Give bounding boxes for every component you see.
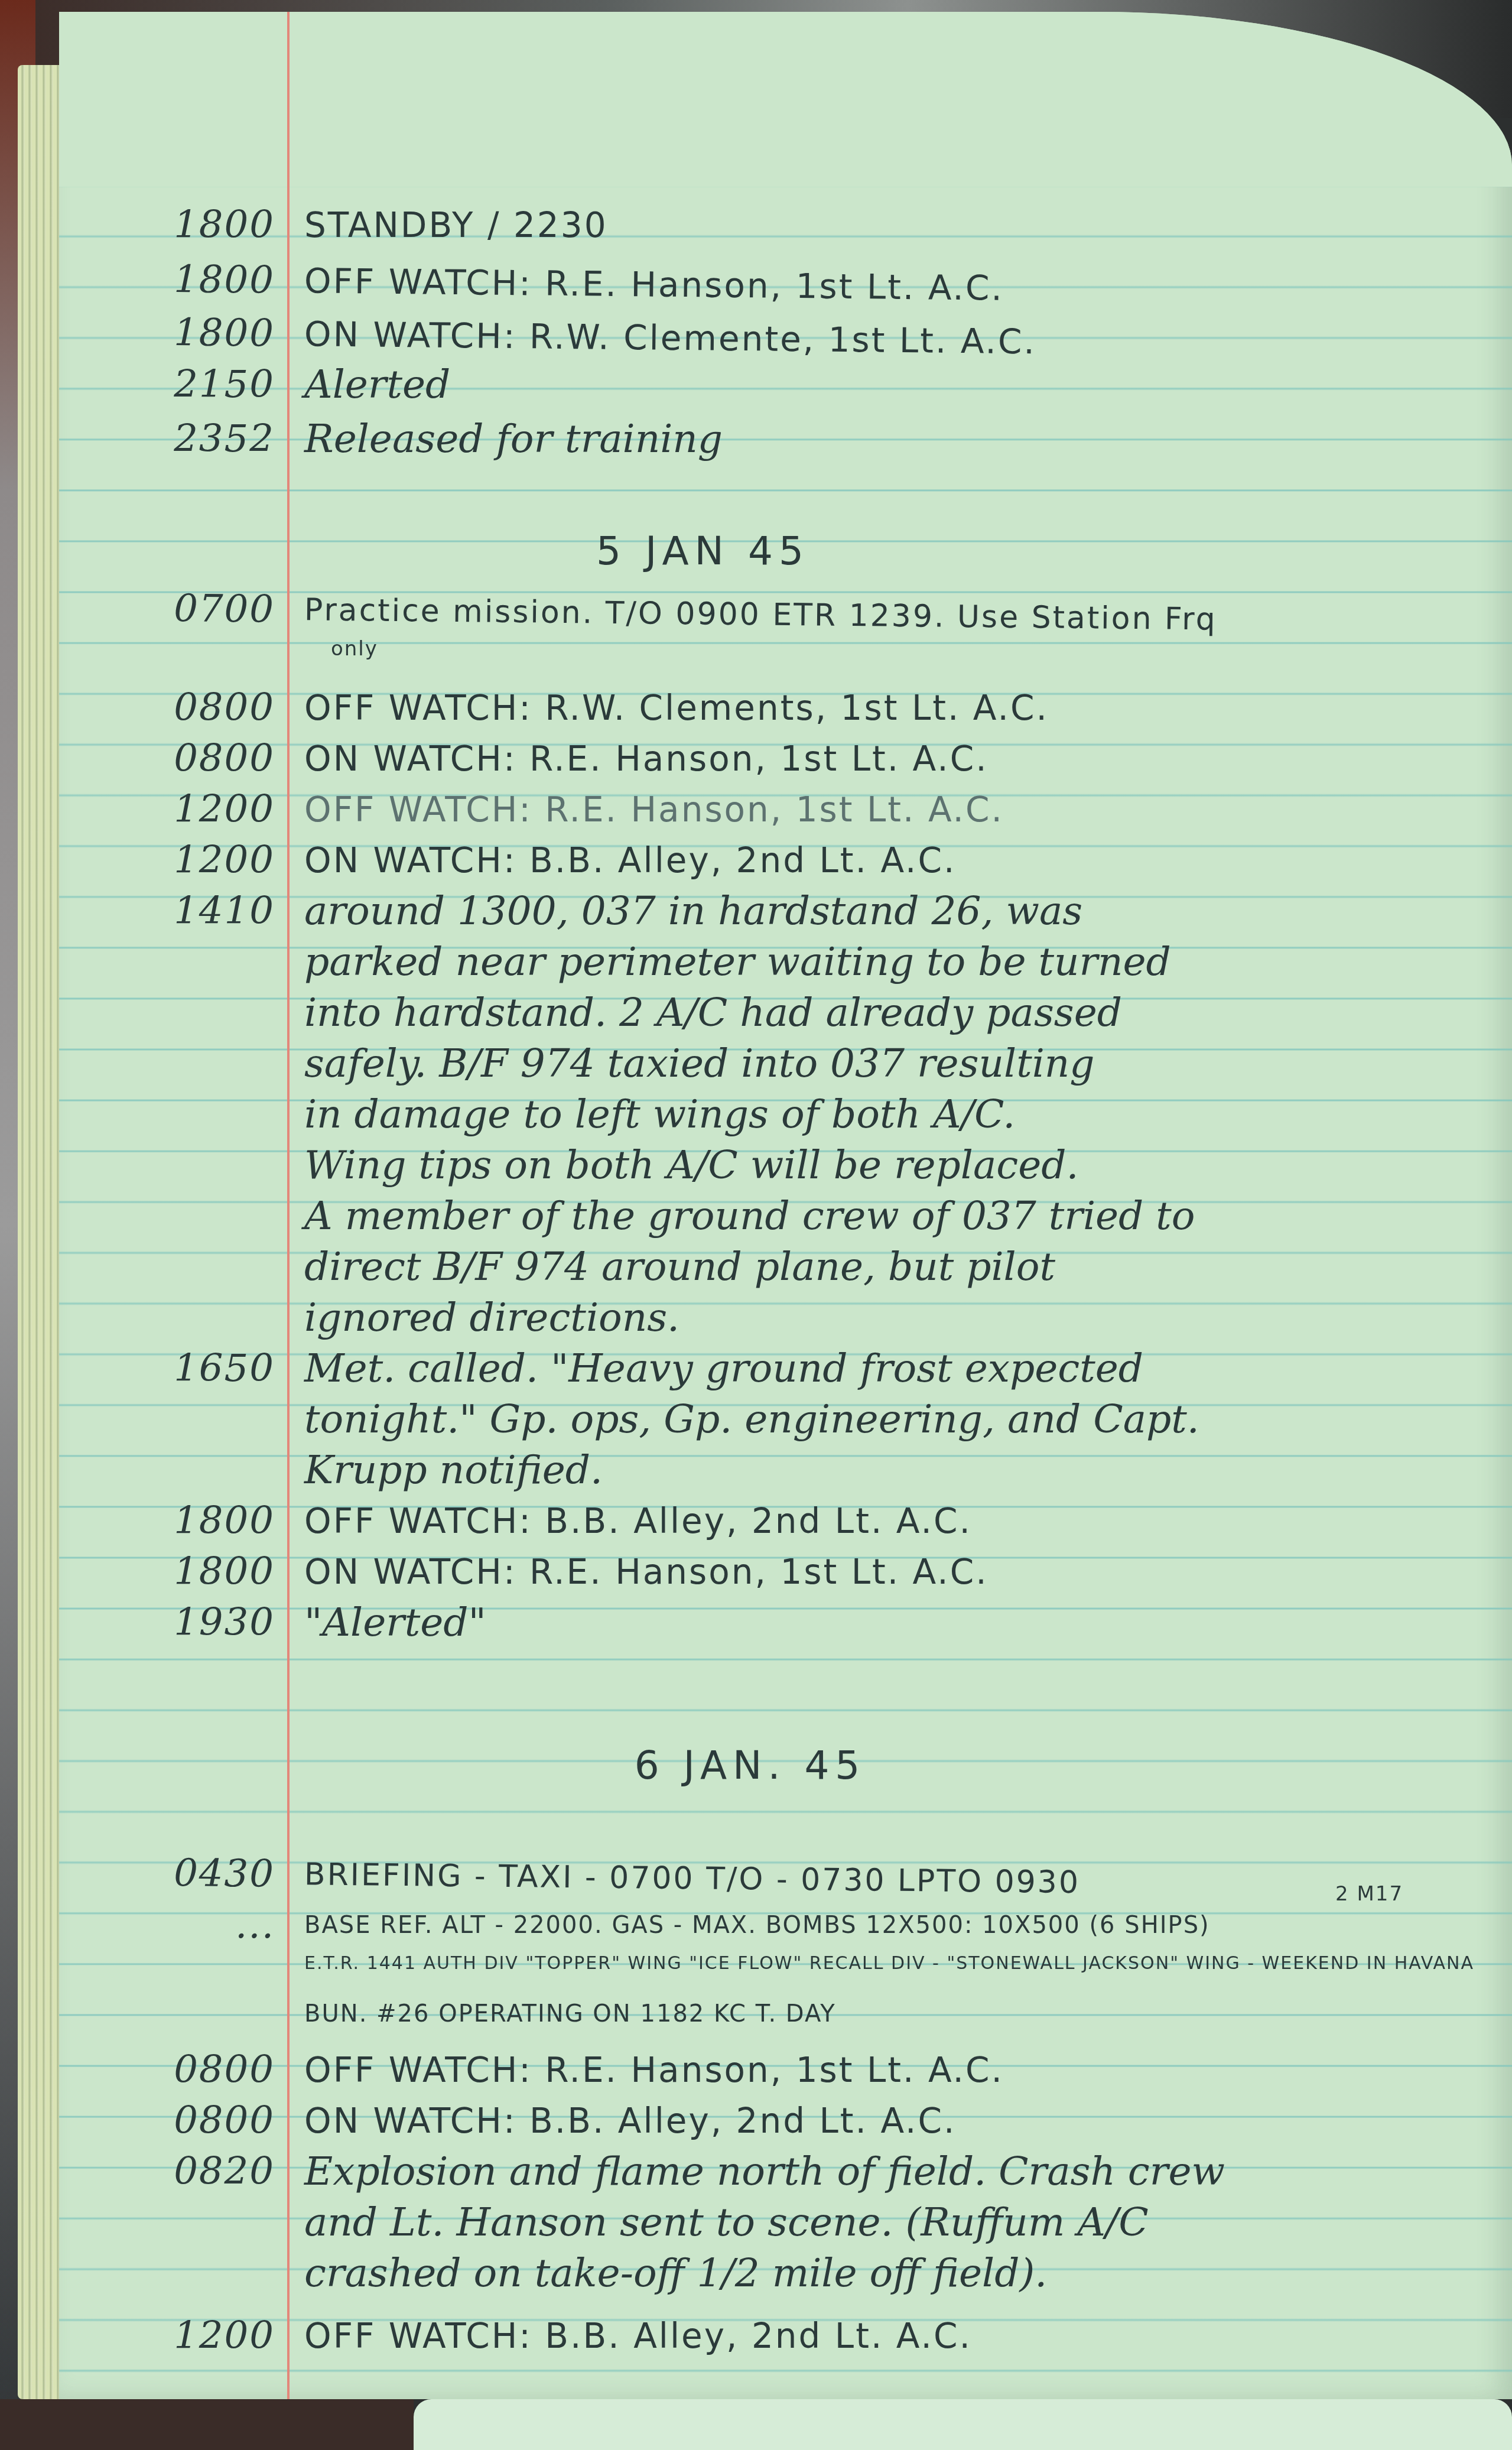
entry-time: 0700 [127,583,275,635]
background-bottom [0,2399,414,2450]
entry-text: Released for training [304,414,1488,464]
entry-text: safely. B/F 974 taxied into 037 resultin… [304,1038,1488,1089]
entry-text: STANDBY / 2230 [304,200,1488,251]
entry-text: tonight." Gp. ops, Gp. engineering, and … [304,1394,1488,1445]
entry-time: 0800 [127,733,275,784]
log-entry: 0800 ON WATCH: B.B. Alley, 2nd Lt. A.C. [59,2095,1512,2146]
entry-text: ON WATCH: B.B. Alley, 2nd Lt. A.C. [304,835,1488,886]
entry-note: only [331,637,378,661]
log-entry: 1200 OFF WATCH: B.B. Alley, 2nd Lt. A.C. [59,2311,1512,2361]
entry-time: 0430 [127,1847,275,1900]
entry-text: Explosion and flame north of field. Cras… [304,2146,1488,2197]
entry-text: into hardstand. 2 A/C had already passed [304,987,1488,1038]
entry-text: OFF WATCH: R.E. Hanson, 1st Lt. A.C. [304,2045,1488,2095]
entry-text: ON WATCH: B.B. Alley, 2nd Lt. A.C. [304,2095,1488,2146]
entry-time: 1800 [127,1546,275,1597]
log-entry: 1410 around 1300, 037 in hardstand 26, w… [59,886,1512,937]
log-entry: 2150 Alerted [59,359,1512,410]
entry-time: 1800 [127,307,275,359]
entry-time: 1930 [127,1597,275,1648]
log-entry: 1650 Met. called. "Heavy ground frost ex… [59,1343,1512,1394]
entry-time: 1800 [127,1496,275,1546]
log-entry: 0800 ON WATCH: R.E. Hanson, 1st Lt. A.C. [59,733,1512,784]
entry-text: Wing tips on both A/C will be replaced. [304,1140,1488,1191]
entry-text: OFF WATCH: B.B. Alley, 2nd Lt. A.C. [304,1496,1488,1546]
entry-time: 2352 [127,414,275,464]
entry-time: 1650 [127,1343,275,1394]
log-entry: 2352 Released for training [59,414,1512,464]
entry-text: ON WATCH: R.E. Hanson, 1st Lt. A.C. [304,1546,1488,1597]
entry-text: OFF WATCH: R.E. Hanson, 1st Lt. A.C. [304,784,1488,835]
entry-text: BUN. #26 OPERATING ON 1182 KC T. DAY [304,1988,1488,2039]
entry-time: 1200 [127,784,275,835]
entry-time: 0820 [127,2146,275,2197]
log-entry: 1800 OFF WATCH: B.B. Alley, 2nd Lt. A.C. [59,1496,1512,1546]
log-entry: 1800 ON WATCH: R.E. Hanson, 1st Lt. A.C. [59,1546,1512,1597]
log-entry: 1930 "Alerted" [59,1597,1512,1648]
entry-time: 1800 [127,254,275,306]
log-entry: 0800 OFF WATCH: R.E. Hanson, 1st Lt. A.C… [59,2045,1512,2095]
entry-text: crashed on take-off 1/2 mile off field). [304,2248,1488,2299]
entry-text: Alerted [304,359,1488,410]
entry-time: 0800 [127,683,275,733]
entry-time: 0800 [127,2095,275,2146]
entry-text: Met. called. "Heavy ground frost expecte… [304,1343,1488,1394]
entry-time: 1800 [127,200,275,251]
date-heading: 6 JAN. 45 [59,1740,1477,1791]
entry-text: Krupp notified. [304,1445,1488,1496]
entry-time: 2150 [127,359,275,410]
entry-text: and Lt. Hanson sent to scene. (Ruffum A/… [304,2197,1488,2248]
log-entry: 0800 OFF WATCH: R.W. Clements, 1st Lt. A… [59,683,1512,733]
entry-text: around 1300, 037 in hardstand 26, was [304,886,1488,937]
entry-text: OFF WATCH: B.B. Alley, 2nd Lt. A.C. [304,2311,1488,2361]
entry-text: E.T.R. 1441 AUTH DIV "TOPPER" WING "ICE … [304,1938,1488,1989]
entry-text: in damage to left wings of both A/C. [304,1089,1488,1140]
entry-text: direct B/F 974 around plane, but pilot [304,1242,1488,1292]
entry-time: 1200 [127,835,275,886]
entry-text: parked near perimeter waiting to be turn… [304,937,1488,987]
entry-time: 1410 [127,886,275,937]
entry-text: ON WATCH: R.E. Hanson, 1st Lt. A.C. [304,733,1488,784]
page-header-blank [59,12,1512,187]
log-entry: 0820 Explosion and flame north of field.… [59,2146,1512,2197]
entry-text: OFF WATCH: R.W. Clements, 1st Lt. A.C. [304,683,1488,733]
entry-superscript: 2 M17 [1335,1882,1403,1906]
entry-time: 1200 [127,2311,275,2361]
entry-text: A member of the ground crew of 037 tried… [304,1191,1488,1242]
date-heading: 5 JAN 45 [59,526,1429,577]
log-entry: 1200 OFF WATCH: R.E. Hanson, 1st Lt. A.C… [59,784,1512,835]
entry-text: ignored directions. [304,1292,1488,1343]
entry-time: 0800 [127,2045,275,2095]
log-entry: 1800 STANDBY / 2230 [59,200,1512,251]
log-entry: 1200 ON WATCH: B.B. Alley, 2nd Lt. A.C. [59,835,1512,886]
entry-text: "Alerted" [304,1597,1488,1648]
logbook-page: 1800 STANDBY / 2230 1800 OFF WATCH: R.E.… [59,12,1512,2399]
next-page-edge [414,2399,1512,2450]
